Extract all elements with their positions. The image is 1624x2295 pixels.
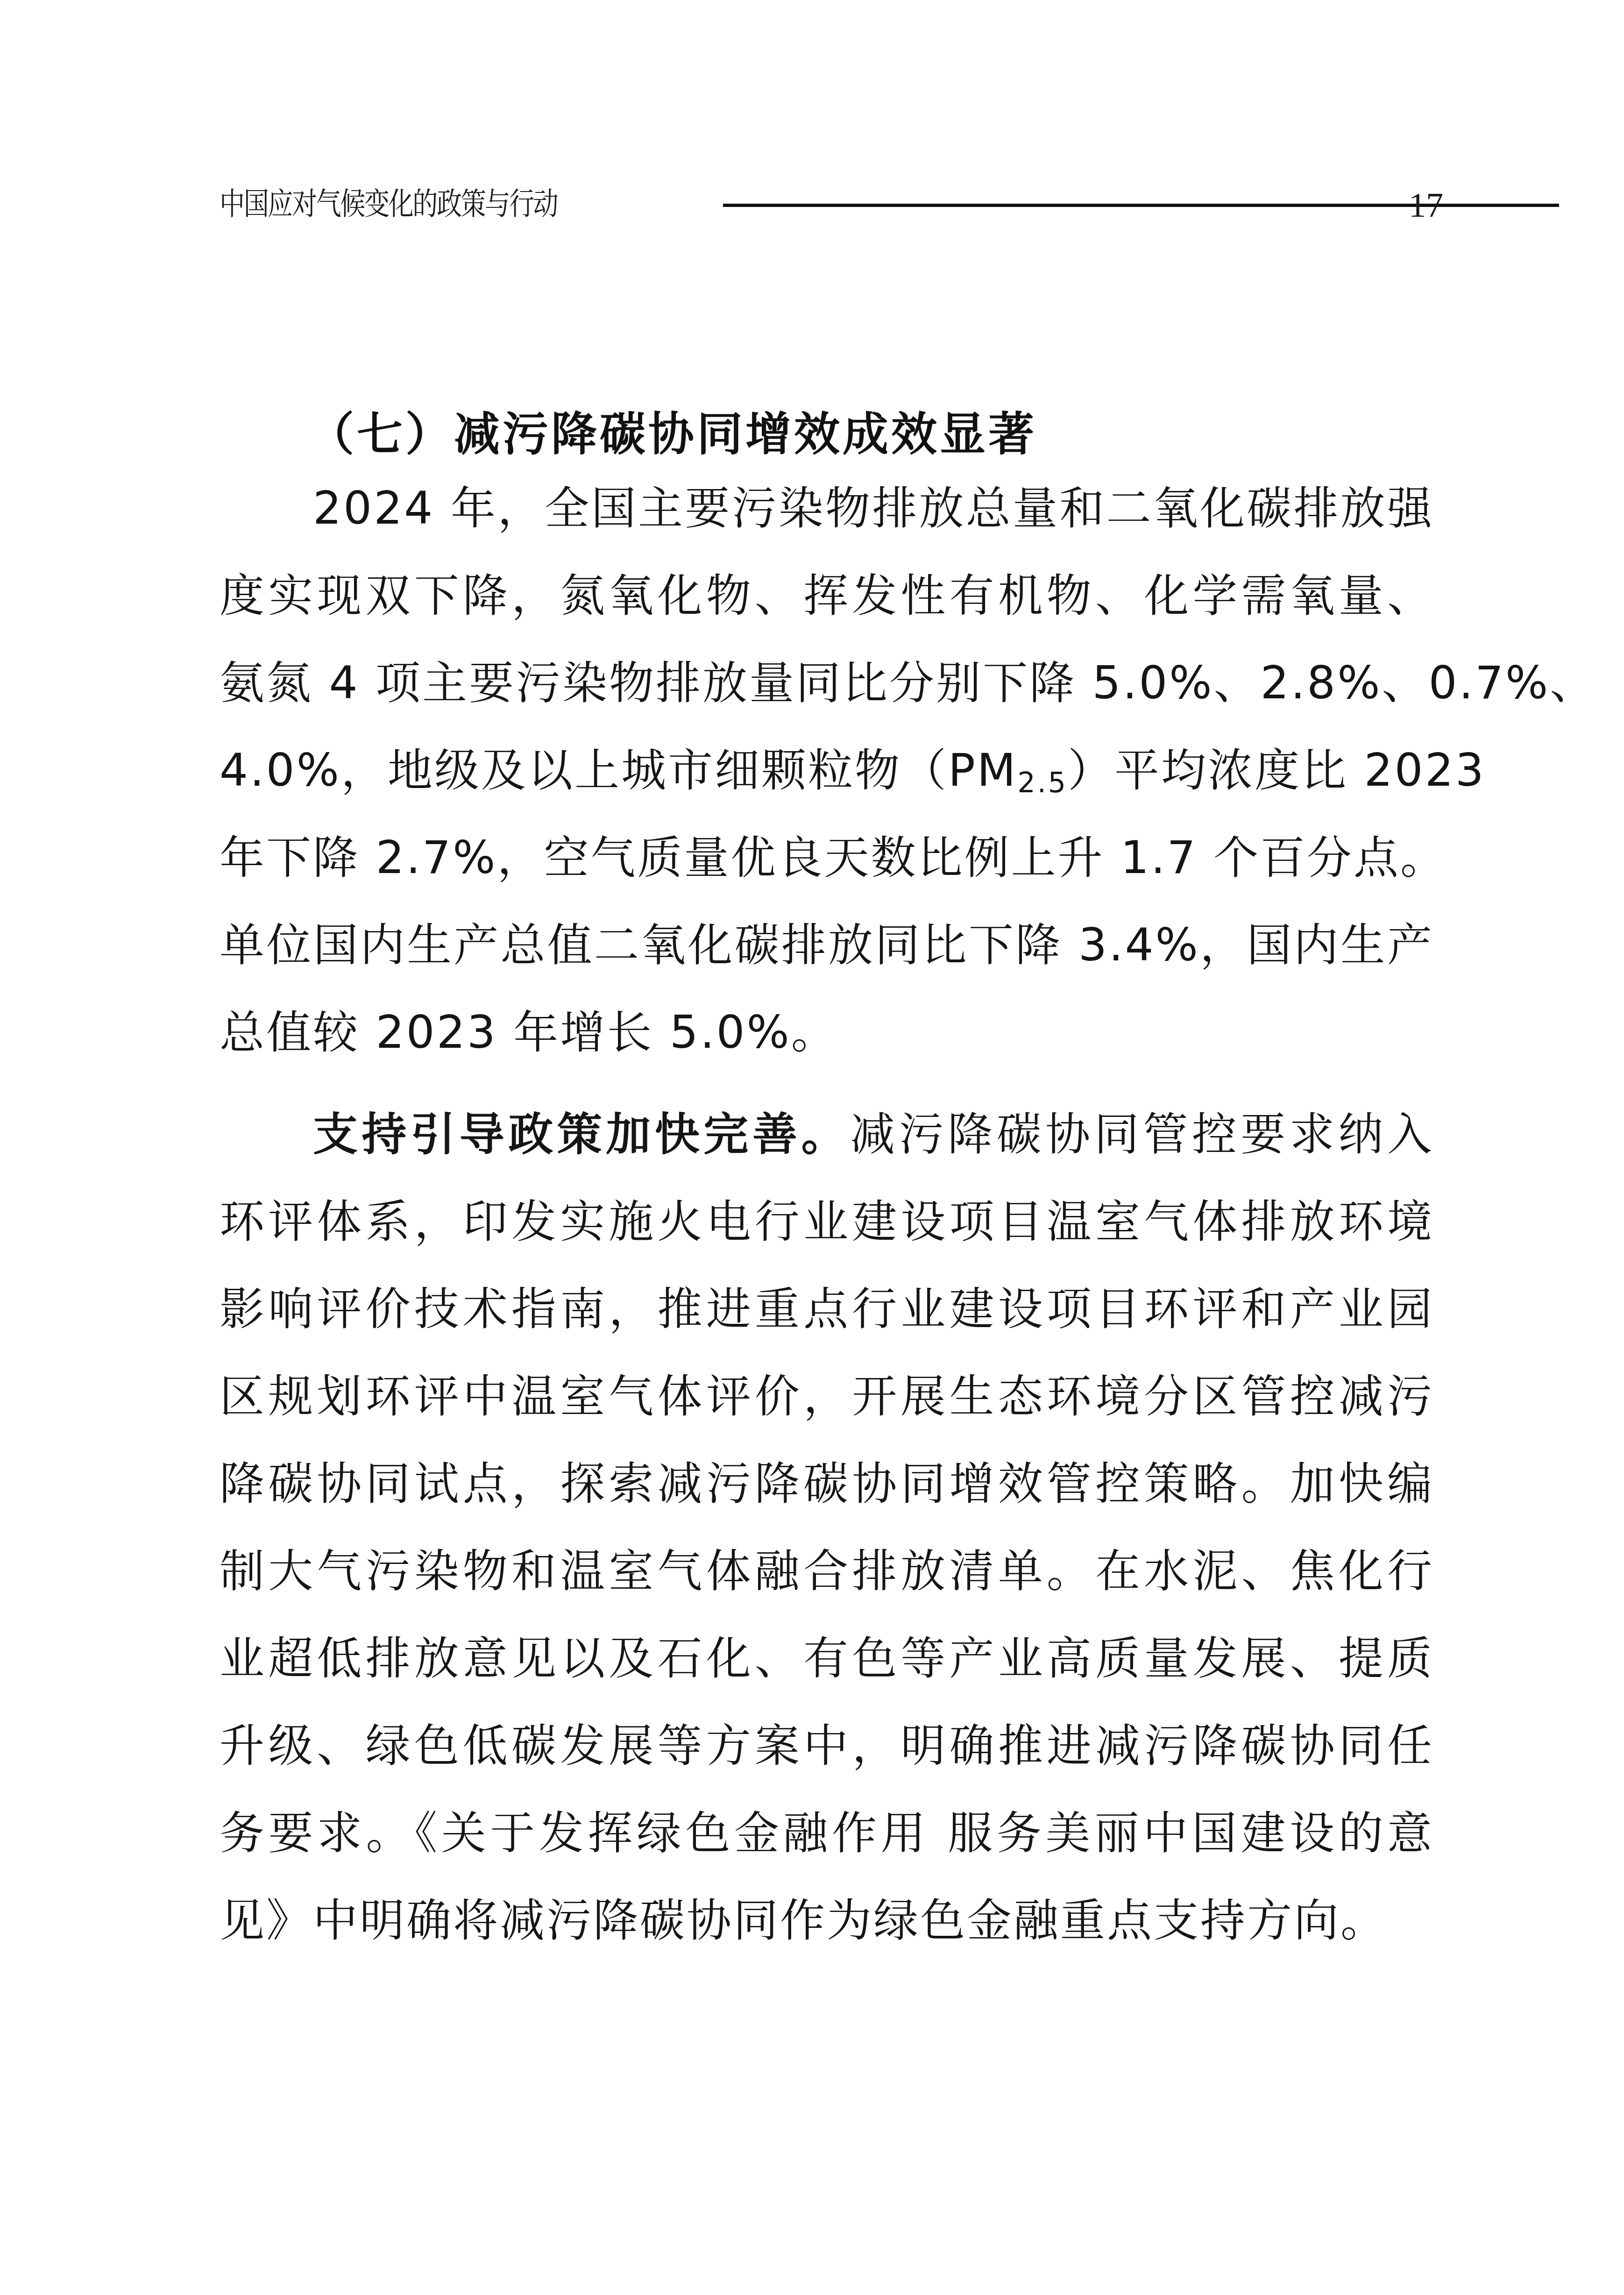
text-line: 单位国内生产总值二氧化碳排放同比下降 3.4%，国内生产: [220, 902, 1434, 989]
text-line-lead: 支持引导政策加快完善。减污降碳协同管控要求纳入: [220, 1091, 1434, 1178]
page-header: 中国应对气候变化的政策与行动 17: [220, 178, 1443, 224]
text-line: 业超低排放意见以及石化、有色等产业高质量发展、提质: [220, 1615, 1434, 1702]
text-segment: 减污降碳协同管控要求纳入: [850, 1108, 1434, 1160]
pm25-subscript: 2.5: [1018, 767, 1068, 799]
text-line: 环评体系，印发实施火电行业建设项目温室气体排放环境: [220, 1178, 1434, 1265]
running-title: 中国应对气候变化的政策与行动: [220, 179, 633, 223]
text-line: 区规划环评中温室气体评价，开展生态环境分区管控减污: [220, 1353, 1434, 1440]
text-line: 度实现双下降，氮氧化物、挥发性有机物、化学需氧量、: [220, 552, 1434, 639]
text-line: 见》中明确将减污降碳协同作为绿色金融重点支持方向。: [220, 1877, 1434, 1964]
text-line: 升级、绿色低碳发展等方案中，明确推进减污降碳协同任: [220, 1702, 1434, 1790]
text-segment: 4.0%，地级及以上城市细颗粒物（PM: [220, 744, 1018, 796]
paragraph-lead-bold: 支持引导政策加快完善。: [313, 1108, 850, 1160]
text-line: 降碳协同试点，探索减污降碳协同增效管控策略。加快编: [220, 1440, 1434, 1528]
text-line: 务要求。《关于发挥绿色金融作用 服务美丽中国建设的意: [220, 1790, 1434, 1877]
text-line: 总值较 2023 年增长 5.0%。: [220, 989, 1434, 1076]
text-line: 制大气污染物和温室气体融合排放清单。在水泥、焦化行: [220, 1528, 1434, 1615]
section-heading: （七）减污降碳协同增效成效显著: [308, 398, 1037, 463]
text-line: 2024 年，全国主要污染物排放总量和二氧化碳排放强: [220, 465, 1434, 552]
paragraph-policy-support: 支持引导政策加快完善。减污降碳协同管控要求纳入 环评体系，印发实施火电行业建设项…: [220, 1091, 1434, 1964]
text-line-pm25: 4.0%，地级及以上城市细颗粒物（PM2.5）平均浓度比 2023: [220, 727, 1434, 814]
text-line: 影响评价技术指南，推进重点行业建设项目环评和产业园: [220, 1265, 1434, 1353]
page-number: 17: [1409, 186, 1443, 226]
text-segment: ）平均浓度比 2023: [1068, 744, 1486, 796]
text-line: 年下降 2.7%，空气质量优良天数比例上升 1.7 个百分点。: [220, 814, 1434, 902]
paragraph-emissions-summary: 2024 年，全国主要污染物排放总量和二氧化碳排放强 度实现双下降，氮氧化物、挥…: [220, 465, 1434, 1076]
text-line: 氨氮 4 项主要污染物排放量同比分别下降 5.0%、2.8%、0.7%、: [220, 639, 1434, 727]
